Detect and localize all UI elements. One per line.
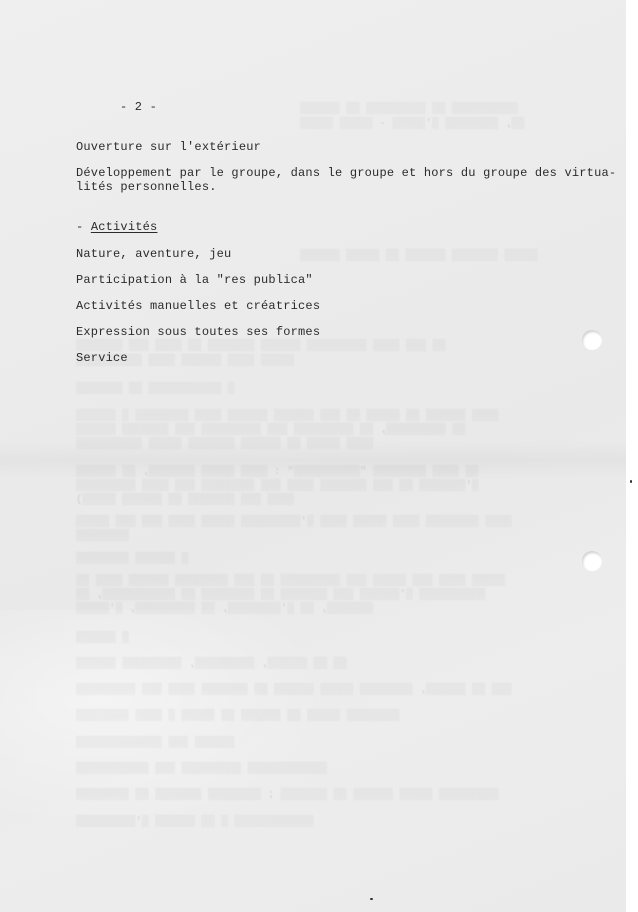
bleed-through: ▒▒▒▒▒▒▒▒▒▒▒▒ ▒▒▒▒▒▒▒▒▒ ▒▒▒ ▒▒▒▒▒▒▒▒▒▒▒ (76, 763, 327, 775)
bleed-through: ▒▒▒▒▒▒▒▒▒▒ ▒'▒▒▒▒▒▒ ▒▒▒ ▒▒▒▒▒▒▒ ▒▒ ▒▒▒▒▒… (76, 589, 485, 601)
bleed-through: ▒▒ ▒▒▒▒ ▒▒▒▒▒▒▒▒ "▒▒▒▒▒▒▒▒▒▒" : ▒▒▒▒ ▒▒▒… (76, 466, 479, 478)
bleed-through: ▒ ▒▒▒▒▒▒ ▒▒▒▒▒▒▒▒ (76, 553, 188, 565)
list-item: Nature, aventure, jeu (76, 247, 231, 261)
list-item: Activités manuelles et créatrices (76, 299, 320, 313)
bleed-through: ▒▒▒▒ ▒▒▒ ▒▒▒▒▒▒▒ ▒▒ ▒▒▒▒▒▒ ▒▒▒▒▒) (76, 494, 294, 506)
list-item: Service (76, 351, 128, 365)
bleed-through: ▒'▒▒▒▒▒▒▒ ▒▒ ▒▒▒ ▒▒▒▒▒▒▒ ▒▒▒▒ ▒▒▒ ▒▒▒▒▒▒… (76, 480, 479, 492)
punch-hole (582, 330, 602, 350)
section-heading: - Activités (76, 220, 157, 234)
bleed-through: ▒ ▒▒▒▒▒▒▒▒▒▒▒ ▒▒ ▒▒▒▒▒▒▒ (76, 383, 234, 395)
bleed-through: ▒▒▒▒ ▒▒▒▒▒▒▒▒ ▒▒▒▒ ▒▒▒▒▒ ▒▒▒▒ ▒'▒▒▒▒▒▒▒▒… (76, 516, 512, 528)
speck (630, 480, 632, 483)
bleed-through: ▒ ▒▒▒▒▒▒ (76, 632, 129, 644)
paragraph: lités personnelles. (76, 180, 217, 194)
bleed-through: ▒▒▒▒▒▒▒▒ ▒▒▒▒▒ ▒▒ ▒▒▒▒▒▒ ▒▒ ▒▒▒▒▒ ▒ ▒▒▒▒… (76, 710, 399, 722)
page-number: - 2 - (120, 100, 157, 114)
bleed-through: ▒▒▒▒▒▒▒▒▒▒ ▒▒ ▒▒▒▒▒▒▒▒▒ ▒▒ ▒▒▒▒▒▒ (300, 103, 518, 115)
paragraph: Ouverture sur l'extérieur (76, 140, 261, 154)
bleed-through: ▒▒▒▒▒▒▒▒▒ ▒▒▒▒▒ ▒▒▒▒▒▒ ▒▒ ▒▒▒▒▒▒▒ ; ▒▒▒▒… (76, 789, 498, 801)
bleed-through: ▒▒▒▒▒▒▒▒▒▒▒▒ ▒ ▒▒ ▒▒▒▒▒▒ ▒'▒▒▒▒▒▒▒▒▒ (76, 816, 314, 828)
bleed-through: ▒▒▒▒▒ ▒▒▒▒▒▒▒ ▒▒▒▒▒▒ ▒▒ ▒▒▒▒▒ ▒▒▒▒▒▒ (300, 250, 538, 262)
speck (370, 898, 373, 900)
bleed-through: ▒▒▒▒▒ ▒▒▒▒ ▒▒▒ ▒▒▒▒▒ ▒▒▒ ▒▒▒▒▒▒▒▒▒ ▒▒ ▒▒… (76, 575, 505, 587)
section-title: Activités (91, 220, 158, 234)
punch-hole (582, 551, 602, 571)
bleed-through: ▒▒▒▒▒▒▒, ▒▒ ▒'▒▒▒▒▒▒▒▒, ▒▒ ▒▒▒▒▒▒▒▒▒, ▒'… (76, 603, 373, 615)
scanned-page: ▒▒▒▒▒▒▒▒▒▒ ▒▒ ▒▒▒▒▒▒▒▒▒ ▒▒ ▒▒▒▒▒▒ ▒▒, ▒▒… (0, 0, 626, 912)
list-item: Expression sous toutes ses formes (76, 325, 320, 339)
bleed-through: ▒▒▒▒ ▒▒▒▒▒ ▒▒ ▒▒▒▒▒▒ ▒▒▒▒▒▒▒ ▒▒▒▒▒ ▒▒▒▒▒… (76, 438, 373, 450)
bleed-through: ▒▒ ▒▒▒ ▒▒▒▒ ▒▒▒▒▒▒▒▒▒ ▒▒▒▒▒▒ ▒▒▒▒▒▒▒ ▒▒ … (76, 340, 446, 352)
bleed-through: ▒▒, ▒▒▒▒▒▒▒▒ ▒'▒▒▒▒▒ - ▒▒▒▒▒ ▒▒▒▒▒ (300, 118, 524, 130)
section-dash: - (76, 220, 91, 234)
bleed-through: ▒▒▒ ▒▒ ▒▒▒▒▒▒, ▒▒▒▒▒▒▒▒ ▒▒▒▒▒ ▒▒▒▒▒▒ ▒▒ … (76, 684, 512, 696)
bleed-through: ▒▒▒▒ ▒▒▒▒▒▒ ▒▒ ▒▒▒▒▒ ▒▒ ▒▒▒ ▒▒▒▒▒▒ ▒▒▒▒▒… (76, 410, 498, 422)
bleed-through: ▒▒ ▒▒ ▒▒▒▒▒▒, ▒▒▒▒▒▒▒▒▒, ▒▒▒▒▒▒▒▒▒ ▒▒▒▒▒… (76, 658, 347, 670)
paragraph: Développement par le groupe, dans le gro… (76, 166, 616, 180)
bleed-through: ▒▒▒▒▒▒▒▒ (76, 530, 129, 542)
bleed-through: ▒▒▒▒▒▒ ▒▒▒ ▒▒▒▒▒▒▒▒▒▒▒▒▒ (76, 737, 234, 749)
list-item: Participation à la "res publica" (76, 273, 313, 287)
bleed-through: ▒▒ ▒▒▒▒▒▒▒▒▒, ▒▒ ▒▒▒▒▒▒▒▒▒ ▒▒▒ ▒▒▒▒▒▒▒▒▒… (76, 424, 465, 436)
